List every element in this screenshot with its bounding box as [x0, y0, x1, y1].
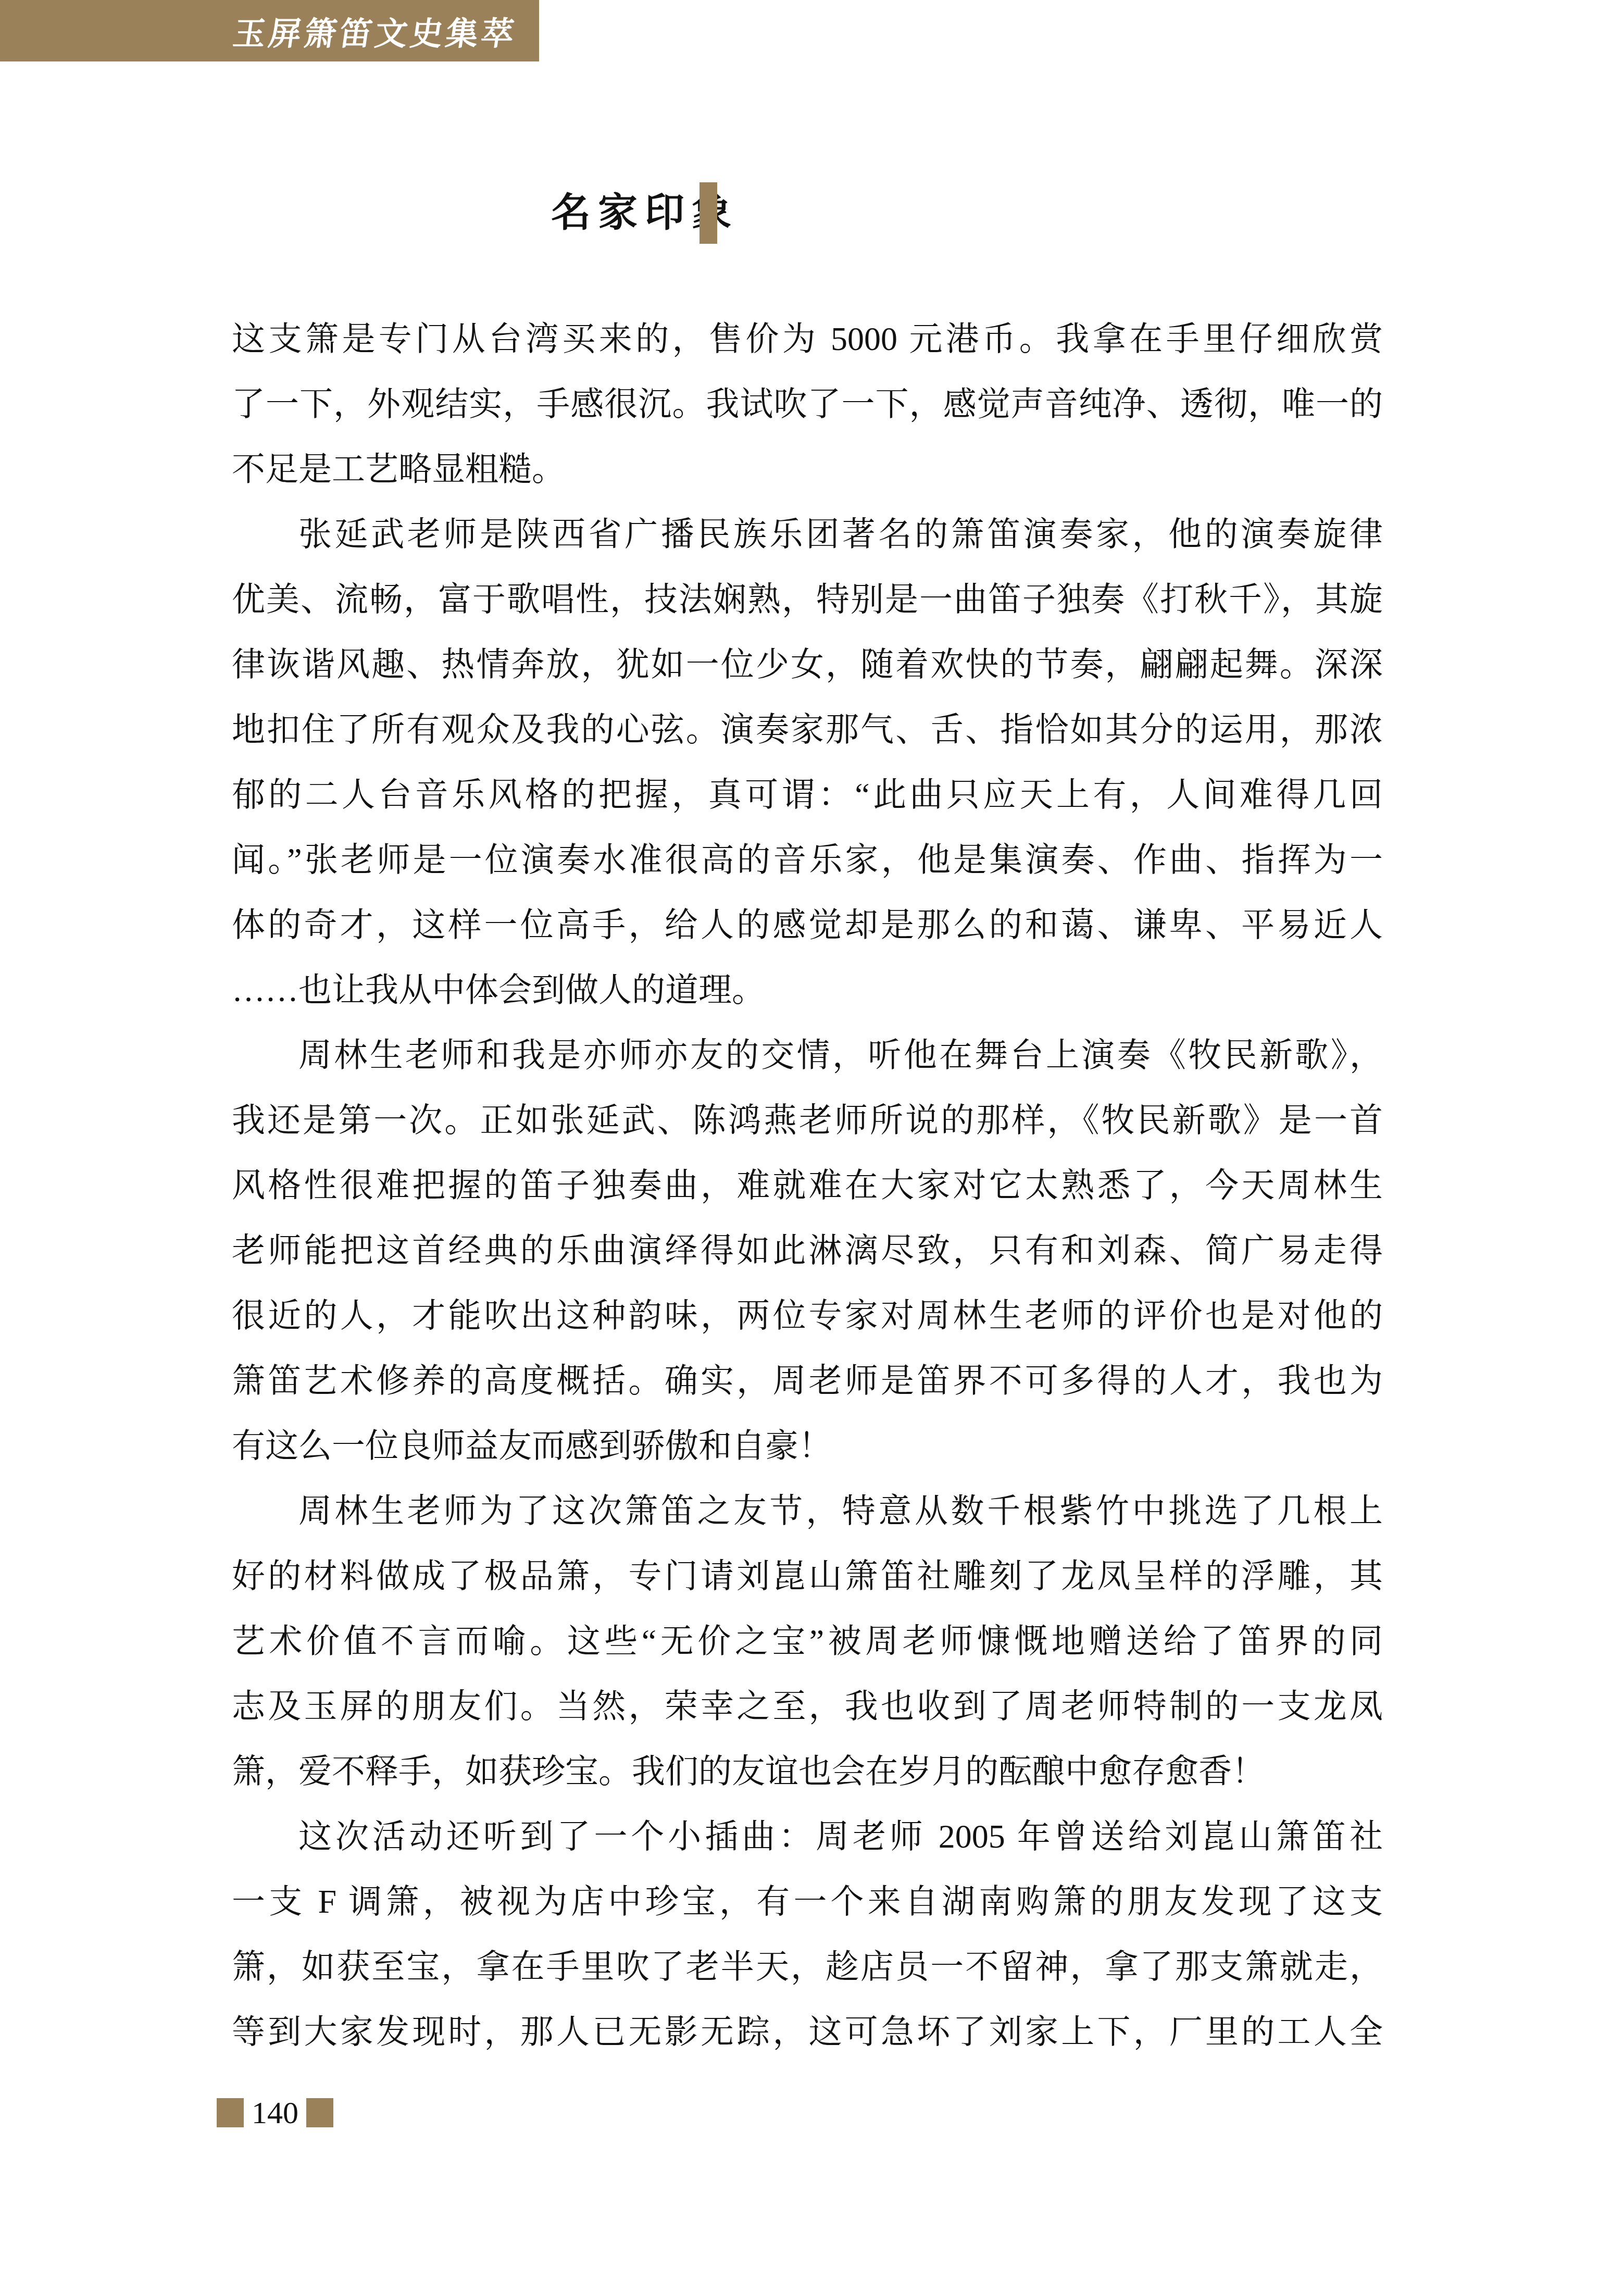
footer-left-square — [217, 2098, 244, 2127]
page-footer: 140 — [217, 2098, 333, 2127]
text-line: 了一下，外观结实，手感很沉。我试吹了一下，感觉声音纯净、透彻，唯一的 — [232, 371, 1383, 437]
text-line: ……也让我从中体会到做人的道理。 — [232, 957, 1383, 1023]
text-line: 优美、流畅，富于歌唱性，技法娴熟，特别是一曲笛子独奏《打秋千》，其旋 — [232, 567, 1383, 632]
text-line: 志及玉屏的朋友们。当然，荣幸之至，我也收到了周老师特制的一支龙凤 — [232, 1674, 1383, 1739]
text-line: 这支箫是专门从台湾买来的，售价为 5000 元港币。我拿在手里仔细欣赏 — [232, 306, 1383, 371]
header-banner: 玉屏箫笛文史集萃 — [0, 0, 539, 61]
text-line: 箫笛艺术修养的高度概括。确实，周老师是笛界不可多得的人才，我也为 — [232, 1348, 1383, 1413]
text-line: 箫，爱不释手，如获珍宝。我们的友谊也会在岁月的酝酿中愈存愈香！ — [232, 1739, 1383, 1804]
text-line: 很近的人，才能吹出这种韵味，两位专家对周林生老师的评价也是对他的 — [232, 1283, 1383, 1348]
text-line: 周林生老师和我是亦师亦友的交情，听他在舞台上演奏《牧民新歌》， — [232, 1023, 1383, 1088]
text-line: 箫，如获至宝，拿在手里吹了老半天，趁店员一不留神，拿了那支箫就走， — [232, 1934, 1383, 1999]
text-line: 郁的二人台音乐风格的把握，真可谓：“此曲只应天上有，人间难得几回 — [232, 762, 1383, 827]
text-line: 闻。”张老师是一位演奏水准很高的音乐家，他是集演奏、作曲、指挥为一 — [232, 827, 1383, 892]
header-banner-bar — [699, 182, 717, 244]
text-line: 张延武老师是陕西省广播民族乐团著名的箫笛演奏家，他的演奏旋律 — [232, 502, 1383, 567]
text-line: 老师能把这首经典的乐曲演绎得如此淋漓尽致，只有和刘森、简广易走得 — [232, 1218, 1383, 1283]
text-line: 我还是第一次。正如张延武、陈鸿燕老师所说的那样，《牧民新歌》是一首 — [232, 1088, 1383, 1153]
page-number: 140 — [244, 2098, 306, 2127]
text-line: 等到大家发现时，那人已无影无踪，这可急坏了刘家上下，厂里的工人全 — [232, 1999, 1383, 2064]
text-line: 这次活动还听到了一个小插曲：周老师 2005 年曾送给刘崑山箫笛社 — [232, 1804, 1383, 1869]
text-line: 律诙谐风趣、热情奔放，犹如一位少女，随着欢快的节奏，翩翩起舞。深深 — [232, 632, 1383, 697]
text-line: 艺术价值不言而喻。这些“无价之宝”被周老师慷慨地赠送给了笛界的同 — [232, 1609, 1383, 1674]
book-page: 玉屏箫笛文史集萃 名家印象 这支箫是专门从台湾买来的，售价为 5000 元港币。… — [0, 0, 1624, 2269]
footer-right-square — [306, 2098, 333, 2127]
text-line: 好的材料做成了极品箫，专门请刘崑山箫笛社雕刻了龙凤呈样的浮雕，其 — [232, 1543, 1383, 1609]
text-line: 地扣住了所有观众及我的心弦。演奏家那气、舌、指恰如其分的运用，那浓 — [232, 697, 1383, 762]
text-line: 风格性很难把握的笛子独奏曲，难就难在大家对它太熟悉了，今天周林生 — [232, 1153, 1383, 1218]
text-line: 周林生老师为了这次箫笛之友节，特意从数千根紫竹中挑选了几根上 — [232, 1478, 1383, 1543]
text-line: 一支 F 调箫，被视为店中珍宝，有一个来自湖南购箫的朋友发现了这支 — [232, 1869, 1383, 1934]
text-line: 体的奇才，这样一位高手，给人的感觉却是那么的和蔼、谦卑、平易近人 — [232, 892, 1383, 957]
text-line: 有这么一位良师益友而感到骄傲和自豪！ — [232, 1413, 1383, 1478]
header-calligraphy-title: 玉屏箫笛文史集萃 — [231, 8, 521, 54]
text-line: 不足是工艺略显粗糙。 — [232, 437, 1383, 502]
body-text-block: 这支箫是专门从台湾买来的，售价为 5000 元港币。我拿在手里仔细欣赏了一下，外… — [232, 306, 1383, 2064]
